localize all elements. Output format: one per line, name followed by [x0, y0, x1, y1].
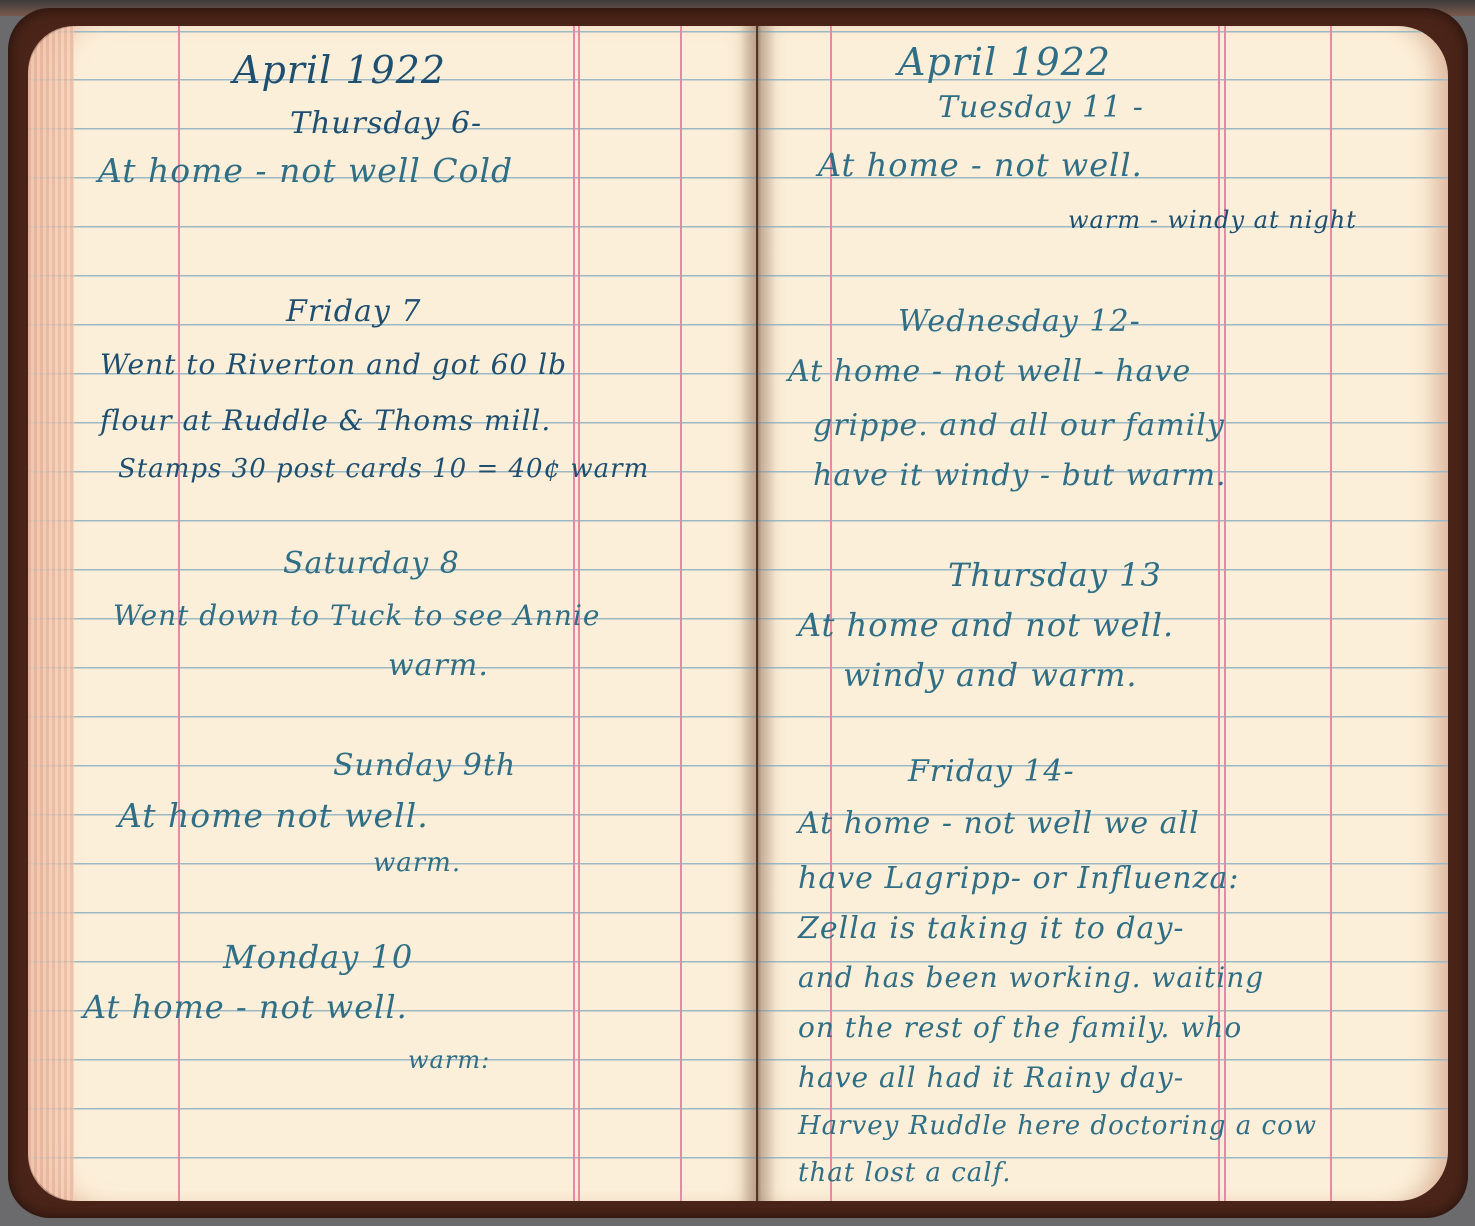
entry-line: flour at Ruddle & Thoms mill. — [100, 404, 551, 437]
left-entries: April 1922 Thursday 6- At home - not wel… — [28, 26, 756, 1201]
month-year-heading: April 1922 — [233, 48, 446, 92]
entry-day-heading: Friday 14- — [908, 754, 1075, 789]
entry-line: Stamps 30 post cards 10 = 40¢ warm — [118, 454, 649, 484]
entry-line: and has been working. waiting — [798, 961, 1264, 994]
entry-day-heading: Thursday 6- — [290, 106, 482, 141]
entry-line: At home - not well - have — [788, 354, 1191, 389]
entry-day-heading: Saturday 8 — [283, 546, 460, 581]
right-page: April 1922 Tuesday 11 - At home - not we… — [758, 26, 1448, 1201]
entry-line: on the rest of the family. who — [798, 1011, 1242, 1044]
book-spine-gutter — [740, 26, 776, 1201]
entry-line: grippe. and all our family — [813, 408, 1225, 443]
right-entries: April 1922 Tuesday 11 - At home - not we… — [758, 26, 1448, 1201]
entry-line: warm. — [373, 848, 461, 878]
entry-line: windy and warm. — [843, 656, 1138, 694]
entry-day-heading: Sunday 9th — [333, 748, 516, 783]
entry-line: At home - not well. — [83, 988, 408, 1026]
entry-line: Went to Riverton and got 60 lb — [100, 348, 567, 381]
entry-line: warm - windy at night — [1068, 206, 1357, 234]
month-year-heading: April 1922 — [898, 40, 1111, 84]
page-edge-stack — [28, 26, 74, 1201]
entry-line: At home - not well we all — [798, 806, 1200, 841]
entry-day-heading: Thursday 13 — [948, 556, 1162, 594]
entry-day-heading: Monday 10 — [223, 938, 413, 976]
entry-line: have all had it Rainy day- — [798, 1061, 1184, 1094]
left-page: April 1922 Thursday 6- At home - not wel… — [28, 26, 756, 1201]
entry-day-heading: Friday 7 — [286, 294, 421, 329]
entry-line: At home and not well. — [798, 606, 1174, 644]
entry-line: At home - not well Cold — [98, 151, 513, 190]
entry-day-heading: Wednesday 12- — [898, 304, 1141, 339]
entry-line: Went down to Tuck to see Annie — [113, 599, 600, 632]
entry-line: Zella is taking it to day- — [798, 911, 1185, 946]
entry-line: that lost a calf. — [798, 1158, 1012, 1188]
entry-line: Harvey Ruddle here doctoring a cow — [798, 1111, 1317, 1141]
entry-day-heading: Tuesday 11 - — [938, 90, 1144, 125]
entry-line: warm: — [408, 1046, 490, 1074]
entry-line: At home not well. — [118, 796, 429, 835]
entry-line: have it windy - but warm. — [813, 458, 1227, 493]
entry-line: warm. — [388, 648, 489, 683]
entry-line: At home - not well. — [818, 146, 1143, 184]
entry-line: have Lagripp- or Influenza: — [798, 861, 1239, 896]
